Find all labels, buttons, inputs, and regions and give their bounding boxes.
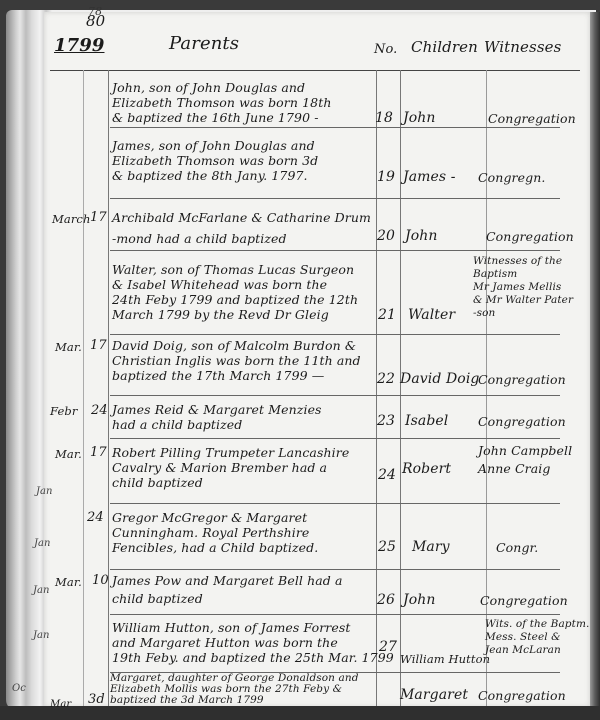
parents-line: child baptized — [112, 591, 343, 606]
year-heading: 1799 — [54, 38, 105, 53]
row-separator — [110, 438, 560, 439]
entry-number: 19 — [377, 170, 395, 185]
entry-parents: Robert Pilling Trumpeter Lancashire Cava… — [112, 445, 349, 490]
margin-fragment: Jan — [34, 538, 50, 549]
parents-line: & baptized the 8th Jany. 1797. — [112, 168, 318, 183]
entry-child: Robert — [402, 462, 451, 477]
parents-line: & Isabel Whitehead was born the — [112, 277, 358, 292]
entry-parents: Archibald McFarlane & Catharine Drum -mo… — [112, 210, 371, 246]
witness-line: -son — [473, 307, 573, 320]
parents-line: James Pow and Margaret Bell had a — [112, 573, 343, 588]
witness-line: & Mr Walter Pater — [473, 294, 573, 307]
parents-line: David Doig, son of Malcolm Burdon & — [112, 338, 361, 353]
entry-witnesses: Wits. of the Baptm. Mess. Steel & Jean M… — [485, 618, 589, 657]
row-separator — [110, 503, 560, 504]
parents-line: Elizabeth Thomson was born 3d — [112, 153, 318, 168]
column-rule-no — [400, 70, 401, 706]
parents-line: 19th Feby. and baptized the 25th Mar. 17… — [112, 650, 394, 665]
witness-line: Wits. of the Baptm. — [485, 618, 589, 631]
book-binding-edge — [590, 12, 600, 720]
parents-line: 24th Feby 1799 and baptized the 12th — [112, 292, 358, 307]
parents-line: Gregor McGregor & Margaret — [112, 510, 318, 525]
parents-line: child baptized — [112, 475, 349, 490]
entry-day: 10 — [92, 573, 109, 588]
entry-child: William Hutton — [400, 652, 490, 667]
entry-child: James - — [403, 170, 456, 185]
entry-child: Isabel — [405, 414, 448, 429]
entry-number: 26 — [377, 593, 395, 608]
margin-fragment: Jan — [33, 585, 49, 596]
parents-line: & baptized the 16th June 1790 - — [112, 110, 331, 125]
entry-day: 3d — [88, 692, 105, 707]
entry-parents: James Reid & Margaret Menzies had a chil… — [112, 402, 322, 432]
entry-witnesses: Congregation — [478, 372, 566, 387]
parents-line: -mond had a child baptized — [112, 231, 371, 246]
entry-child: Walter — [408, 308, 455, 323]
entry-child: David Doig — [400, 372, 479, 387]
entry-month: Mar. — [55, 447, 82, 462]
row-separator — [110, 395, 560, 396]
parents-line: Archibald McFarlane & Catharine Drum — [112, 210, 371, 225]
row-separator — [110, 198, 560, 199]
entry-month: Febr — [50, 404, 77, 419]
row-separator — [110, 250, 560, 251]
parents-line: baptized the 17th March 1799 — — [112, 368, 361, 383]
entry-witnesses: Congregn. — [478, 170, 545, 185]
header-underline — [50, 70, 580, 71]
entry-child: John — [403, 111, 435, 126]
parents-line: Robert Pilling Trumpeter Lancashire — [112, 445, 349, 460]
entry-day: 24 — [91, 403, 108, 418]
column-rule-day — [108, 70, 109, 706]
margin-fragment: Jan — [33, 630, 49, 641]
entry-month: Mar. — [55, 340, 82, 355]
entry-number: 23 — [377, 414, 395, 429]
parents-line: Elizabeth Thomson was born 18th — [112, 95, 331, 110]
entry-number: 24 — [378, 468, 396, 483]
entry-child: Margaret — [400, 688, 468, 703]
entry-child: John — [403, 593, 435, 608]
parents-line: and Margaret Hutton was born the — [112, 635, 394, 650]
entry-day: 24 — [87, 510, 104, 525]
entry-month: Mar. — [55, 575, 82, 590]
entry-number: 22 — [377, 372, 395, 387]
parents-line: March 1799 by the Revd Dr Gleig — [112, 307, 358, 322]
header-number: No. — [374, 42, 397, 57]
witness-line: Witnesses of the — [473, 255, 573, 268]
parents-line: James, son of John Douglas and — [112, 138, 318, 153]
entry-witnesses: Witnesses of the Baptism Mr James Mellis… — [473, 255, 573, 320]
entry-number: 20 — [377, 229, 395, 244]
row-separator — [110, 569, 560, 570]
entry-parents: Margaret, daughter of George Donaldson a… — [110, 673, 359, 706]
entry-parents: Walter, son of Thomas Lucas Surgeon & Is… — [112, 262, 358, 322]
header-witnesses: Witnesses — [484, 40, 561, 55]
entry-witnesses: Congregation — [486, 229, 574, 244]
entry-parents: Gregor McGregor & Margaret Cunningham. R… — [112, 510, 318, 555]
entry-day: 17 — [90, 445, 107, 460]
entry-child: Mary — [412, 540, 450, 555]
entry-number: 21 — [378, 308, 396, 323]
entry-day: 17 — [90, 338, 107, 353]
witness-line: Anne Craig — [478, 461, 572, 476]
entry-day: 17 — [90, 210, 107, 225]
background-bottom — [0, 706, 600, 720]
entry-number: 27 — [379, 640, 397, 655]
page-number: 80 — [86, 14, 105, 29]
entry-parents: David Doig, son of Malcolm Burdon & Chri… — [112, 338, 361, 383]
row-separator — [110, 127, 560, 128]
parents-line: James Reid & Margaret Menzies — [112, 402, 322, 417]
entry-witnesses: Congr. — [496, 540, 538, 555]
entry-number: 18 — [375, 111, 393, 126]
column-rule-month — [83, 70, 84, 706]
entry-parents: James, son of John Douglas and Elizabeth… — [112, 138, 318, 183]
row-separator — [110, 334, 560, 335]
witness-line: Mess. Steel & — [485, 631, 589, 644]
witness-line: Jean McLaran — [485, 644, 589, 657]
entry-witnesses: Congregation — [478, 414, 566, 429]
parents-line: Fencibles, had a Child baptized. — [112, 540, 318, 555]
column-rule-children — [486, 70, 487, 706]
entry-child: John — [405, 229, 437, 244]
margin-fragment: Oc — [12, 683, 26, 694]
witness-line: John Campbell — [478, 443, 572, 458]
header-parents: Parents — [169, 36, 239, 51]
entry-witnesses: Congregation — [478, 688, 566, 703]
parents-line: Cunningham. Royal Perthshire — [112, 525, 318, 540]
entry-witnesses: John Campbell Anne Craig — [478, 443, 572, 476]
parents-line: Walter, son of Thomas Lucas Surgeon — [112, 262, 358, 277]
entry-parents: William Hutton, son of James Forrest and… — [112, 620, 394, 665]
parents-line: Cavalry & Marion Brember had a — [112, 460, 349, 475]
register-header: 78 80 1799 Parents No. Children Witnesse… — [44, 20, 590, 60]
entry-parents: James Pow and Margaret Bell had a child … — [112, 573, 343, 606]
parents-line: Christian Inglis was born the 11th and — [112, 353, 361, 368]
parents-line: baptized the 3d March 1799 — [110, 695, 359, 706]
parents-line: William Hutton, son of James Forrest — [112, 620, 394, 635]
witness-line: Baptism — [473, 268, 573, 281]
header-children: Children — [411, 40, 478, 55]
parents-line: had a child baptized — [112, 417, 322, 432]
row-separator — [110, 614, 560, 615]
column-rule-parents — [376, 70, 377, 706]
margin-fragment: Jan — [36, 486, 52, 497]
entry-month: Mar — [50, 697, 71, 712]
parents-line: John, son of John Douglas and — [112, 80, 331, 95]
entry-parents: John, son of John Douglas and Elizabeth … — [112, 80, 331, 125]
entry-witnesses: Congregation — [480, 593, 568, 608]
entry-witnesses: Congregation — [488, 111, 576, 126]
entry-number: 25 — [378, 540, 396, 555]
entry-month: March — [52, 212, 90, 227]
witness-line: Mr James Mellis — [473, 281, 573, 294]
